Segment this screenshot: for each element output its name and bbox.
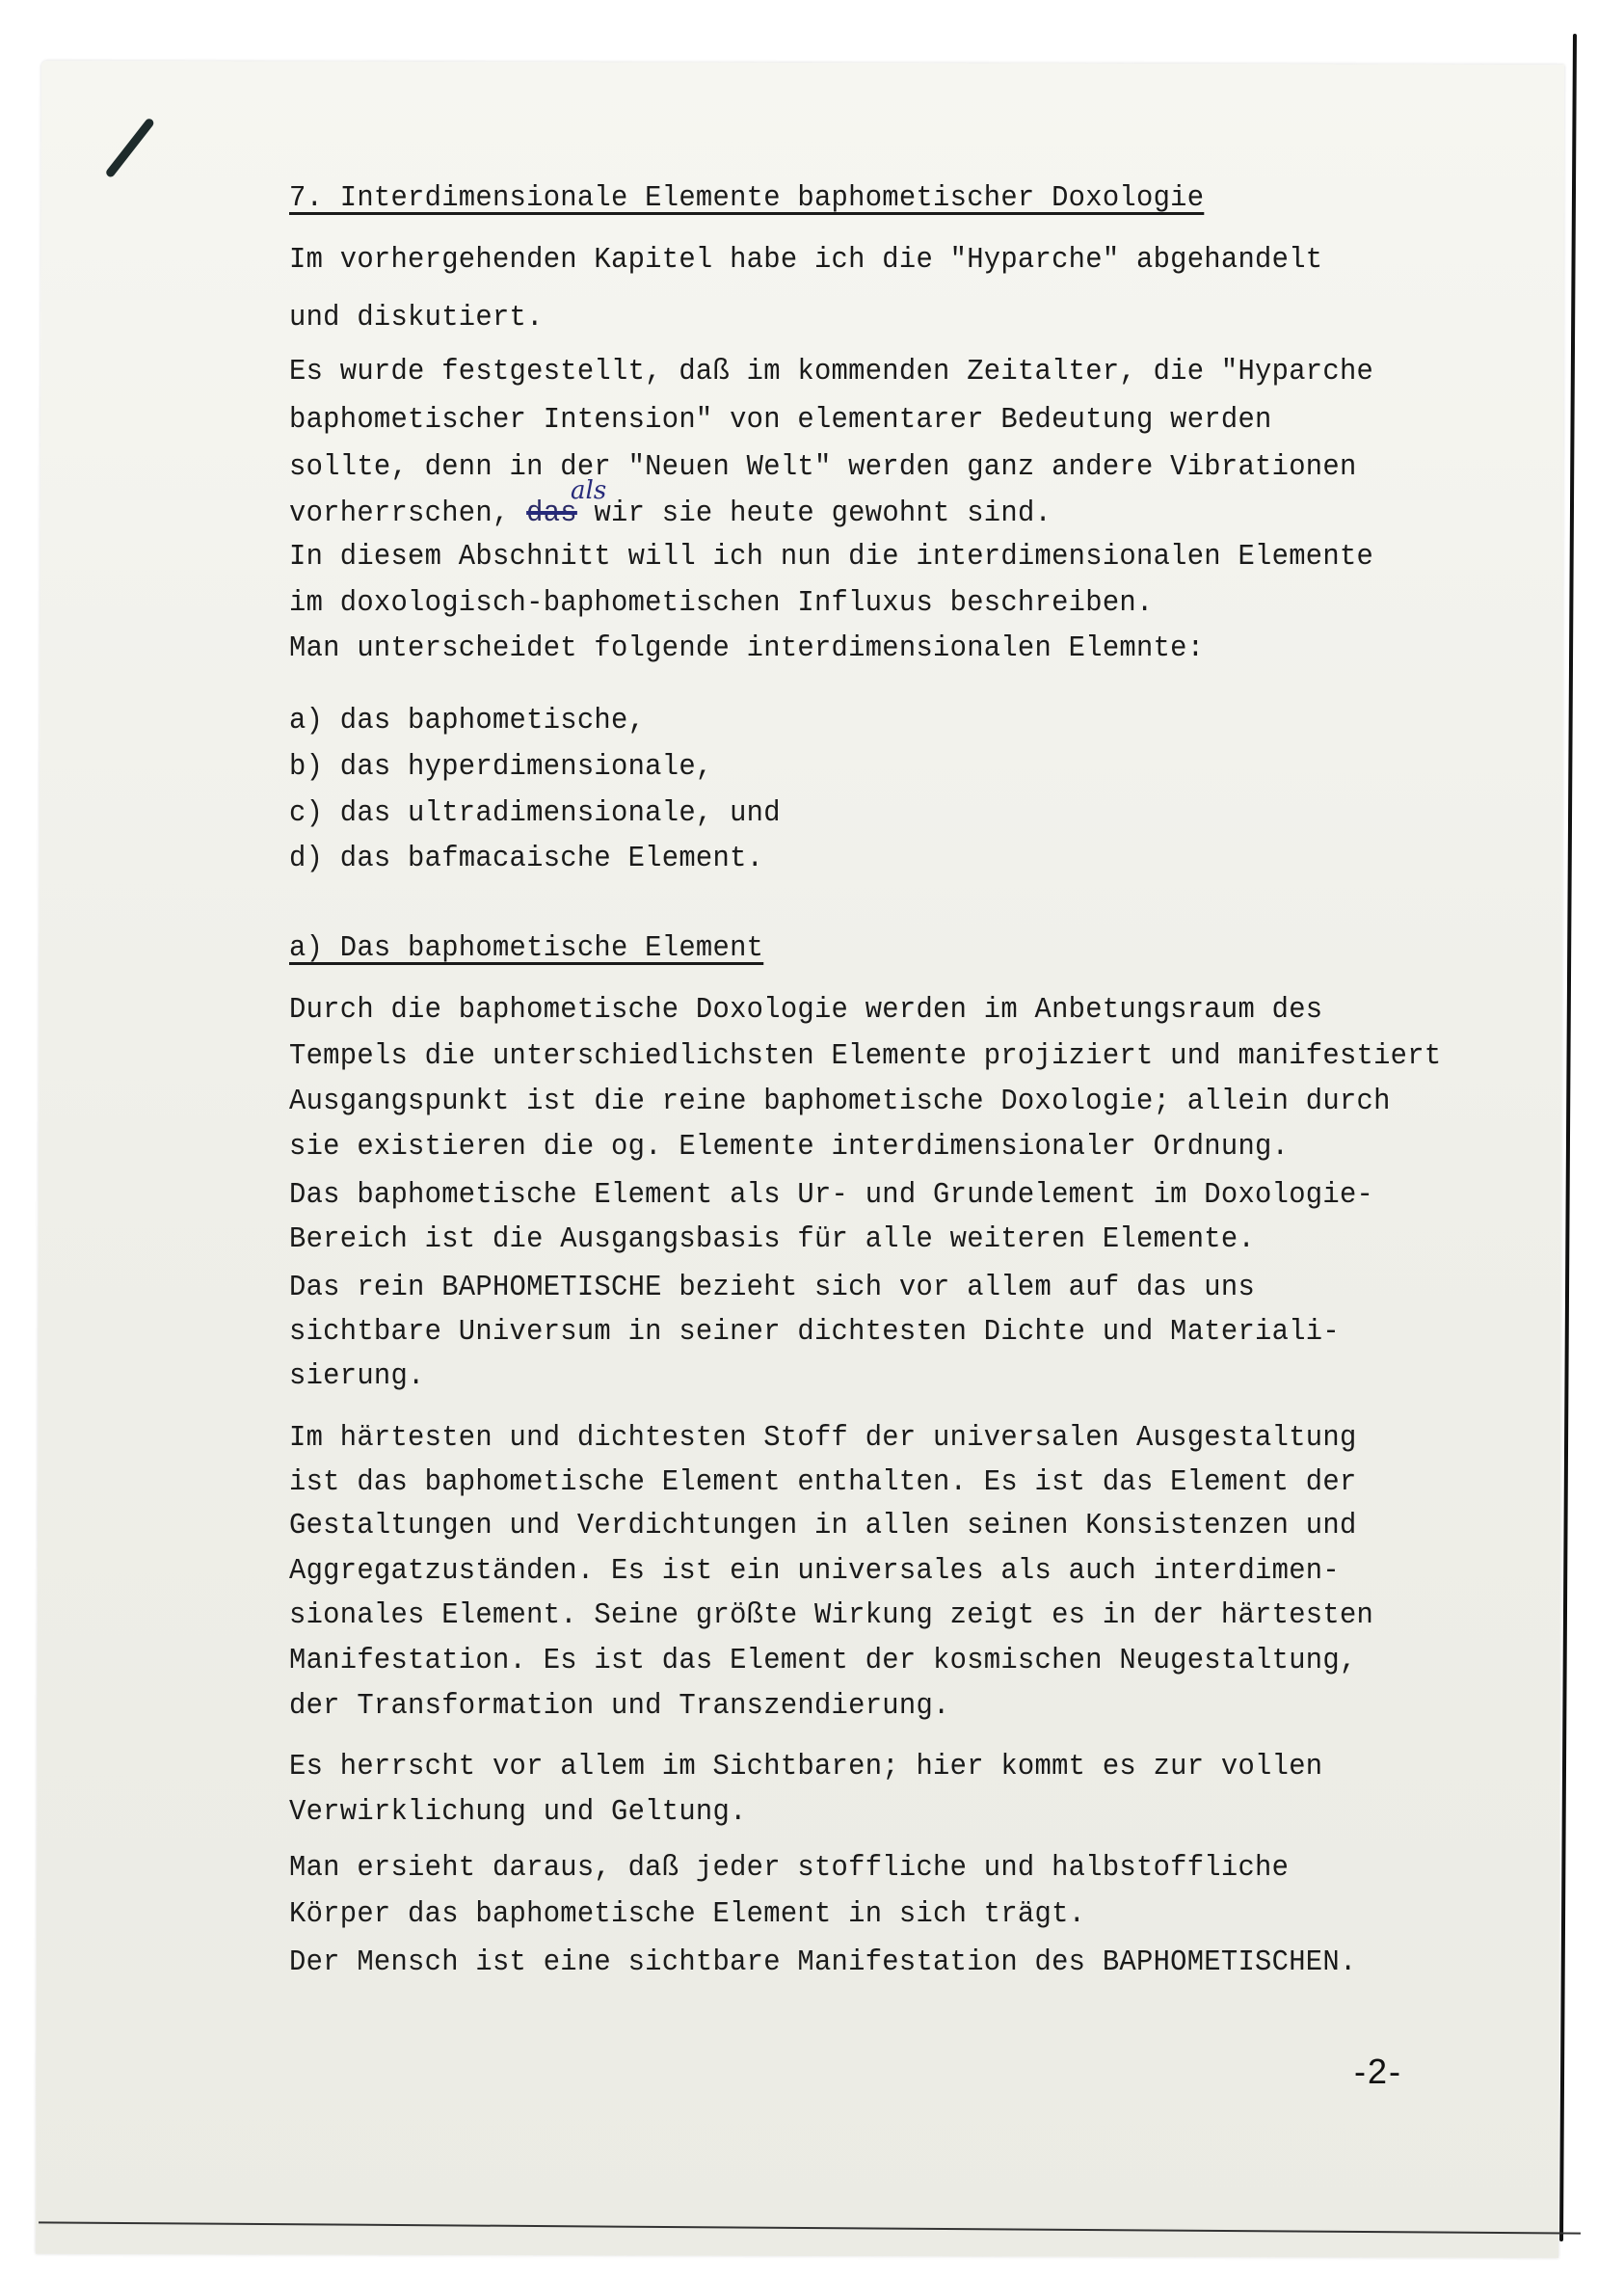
text-segment: vorherrschen, — [289, 496, 526, 530]
text-line: baphometischer Intension" von elementare… — [289, 403, 1272, 437]
page-number: -2- — [1354, 2052, 1402, 2092]
text-line: Der Mensch ist eine sichtbare Manifestat… — [289, 1945, 1357, 1979]
list-item: b) das hyperdimensionale, — [289, 750, 712, 784]
text-line: sierung. — [289, 1359, 425, 1393]
text-line: Im vorhergehenden Kapitel habe ich die "… — [289, 243, 1322, 277]
correction-line: vorherrschen, das wir sie heute gewohnt … — [289, 496, 1052, 530]
text-line: Bereich ist die Ausgangsbasis für alle w… — [289, 1222, 1255, 1256]
text-line: sie existieren die og. Elemente interdim… — [289, 1130, 1289, 1164]
text-line: Das rein BAPHOMETISCHE bezieht sich vor … — [289, 1271, 1255, 1304]
text-line: Ausgangspunkt ist die reine baphometisch… — [289, 1085, 1391, 1118]
list-item: a) das baphometische, — [289, 704, 645, 738]
text-segment: wir sie heute gewohnt sind. — [577, 496, 1052, 530]
page-heading: 7. Interdimensionale Elemente baphometis… — [289, 181, 1204, 215]
text-line: Gestaltungen und Verdichtungen in allen … — [289, 1509, 1357, 1542]
text-line: Das baphometische Element als Ur- und Gr… — [289, 1178, 1373, 1212]
text-line: Verwirklichung und Geltung. — [289, 1795, 747, 1829]
text-line: Es herrscht vor allem im Sichtbaren; hie… — [289, 1750, 1322, 1784]
struck-word: das — [526, 496, 577, 530]
text-line: sollte, denn in der "Neuen Welt" werden … — [289, 450, 1357, 484]
text-line: der Transformation und Transzendierung. — [289, 1689, 950, 1723]
text-line: Tempels die unterschiedlichsten Elemente… — [289, 1039, 1441, 1073]
list-item: d) das bafmacaische Element. — [289, 842, 763, 875]
text-line: Im härtesten und dichtesten Stoff der un… — [289, 1421, 1357, 1455]
text-line: Aggregatzuständen. Es ist ein universale… — [289, 1554, 1340, 1588]
text-line: Durch die baphometische Doxologie werden… — [289, 993, 1322, 1027]
text-line: In diesem Abschnitt will ich nun die int… — [289, 540, 1373, 574]
text-line: sionales Element. Seine größte Wirkung z… — [289, 1598, 1373, 1632]
text-line: Manifestation. Es ist das Element der ko… — [289, 1644, 1357, 1677]
text-line: Man ersieht daraus, daß jeder stoffliche… — [289, 1851, 1289, 1885]
section-subheading: a) Das baphometische Element — [289, 931, 763, 965]
text-line: ist das baphometische Element enthalten.… — [289, 1465, 1357, 1499]
text-line: Es wurde festgestellt, daß im kommenden … — [289, 355, 1373, 389]
handwritten-correction: als — [571, 476, 606, 505]
list-item: c) das ultradimensionale, und — [289, 796, 781, 830]
text-line: und diskutiert. — [289, 301, 544, 335]
text-line: Man unterscheidet folgende interdimensio… — [289, 631, 1204, 665]
text-line: im doxologisch-baphometischen Influxus b… — [289, 586, 1154, 620]
text-line: Körper das baphometische Element in sich… — [289, 1897, 1085, 1931]
text-line: sichtbare Universum in seiner dichtesten… — [289, 1315, 1340, 1349]
